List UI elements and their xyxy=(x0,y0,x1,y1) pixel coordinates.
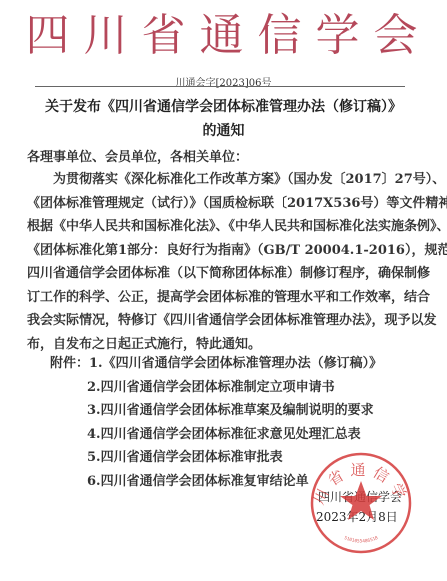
notice-title: 关于发布《四川省通信学会团体标准管理办法（修订稿）》 的通知 xyxy=(0,95,447,143)
body-line: 《团体标准化第1部分：良好行为指南》（GB/T 20004.1-2016），规范 xyxy=(27,239,422,263)
title-line-1: 关于发布《四川省通信学会团体标准管理办法（修订稿）》 xyxy=(0,95,447,119)
body-line: 《团体标准管理规定（试行）》（国质检标联〔2017X536号）等文件精神， xyxy=(27,192,422,216)
title-line-2: 的通知 xyxy=(0,119,447,143)
attachment-item: 2.四川省通信学会团体标准制定立项申请书 xyxy=(50,376,382,400)
body-line: 根据《中华人民共和国标准化法》、《中华人民共和国标准化法实施条例》、 xyxy=(27,215,422,239)
attachment-item: 3.四川省通信学会团体标准草案及编制说明的要求 xyxy=(50,399,382,423)
notice-body: 为贯彻落实《深化标准化工作改革方案》（国办发〔2017〕27号）、 《团体标准管… xyxy=(27,168,422,356)
official-seal-icon: 四川省通信学会 5101055486518 xyxy=(309,451,413,555)
body-line: 为贯彻落实《深化标准化工作改革方案》（国办发〔2017〕27号）、 xyxy=(27,168,422,192)
svg-text:5101055486518: 5101055486518 xyxy=(343,535,379,545)
body-line: 我会实际情况，特修订《四川省通信学会团体标准管理办法》，现予以发 xyxy=(27,309,422,333)
body-line: 订工作的科学、公正，提高学会团体标准的管理水平和工作效率，结合 xyxy=(27,286,422,310)
header-divider xyxy=(35,86,405,87)
salutation: 各理事单位、会员单位，各相关单位： xyxy=(27,146,248,165)
attachments-label: 附件： xyxy=(50,356,89,371)
attachment-item: 附件：1.《四川省通信学会团体标准管理办法（修订稿）》 xyxy=(50,352,382,376)
masthead-org-name: 四川省通信学会 xyxy=(0,6,447,66)
attachment-item: 4.四川省通信学会团体标准征求意见处理汇总表 xyxy=(50,423,382,447)
body-line: 四川省通信学会团体标准（以下简称团体标准）制修订程序，确保制修 xyxy=(27,262,422,286)
